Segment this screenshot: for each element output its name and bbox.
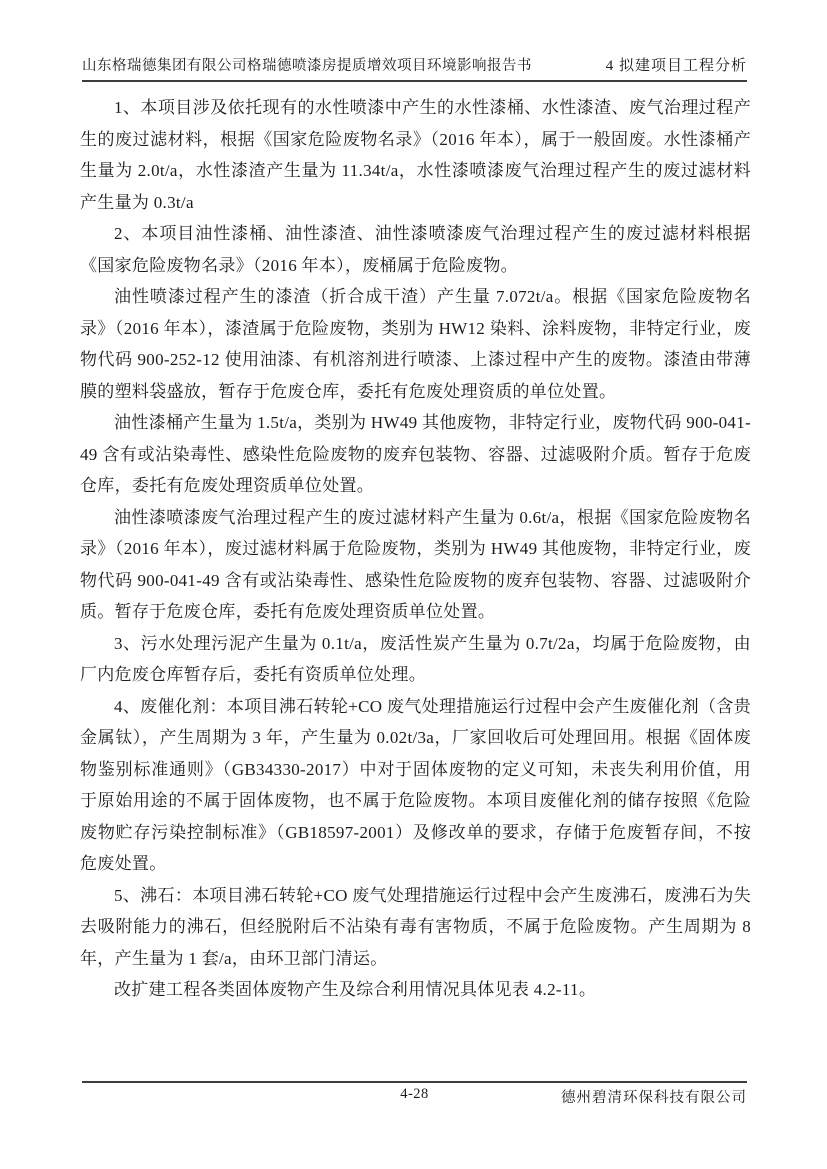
document-body: 1、本项目涉及依托现有的水性喷漆中产生的水性漆桶、水性漆渣、废气治理过程产生的废…	[80, 92, 751, 1006]
paragraph-6: 3、污水处理污泥产生量为 0.1t/a，废活性炭产生量为 0.7t/2a，均属于…	[80, 628, 751, 691]
paragraph-4: 油性漆桶产生量为 1.5t/a，类别为 HW49 其他废物，非特定行业，废物代码…	[80, 407, 751, 502]
header-report-title: 山东格瑞德集团有限公司格瑞德喷漆房提质增效项目环境影响报告书	[82, 54, 532, 75]
document-page: 山东格瑞德集团有限公司格瑞德喷漆房提质增效项目环境影响报告书 4 拟建项目工程分…	[0, 0, 827, 1169]
page-header: 山东格瑞德集团有限公司格瑞德喷漆房提质增效项目环境影响报告书 4 拟建项目工程分…	[82, 54, 747, 82]
paragraph-1: 1、本项目涉及依托现有的水性喷漆中产生的水性漆桶、水性漆渣、废气治理过程产生的废…	[80, 92, 751, 218]
paragraph-5: 油性漆喷漆废气治理过程产生的废过滤材料产生量为 0.6t/a，根据《国家危险废物…	[80, 502, 751, 628]
paragraph-2: 2、本项目油性漆桶、油性漆渣、油性漆喷漆废气治理过程产生的废过滤材料根据《国家危…	[80, 218, 751, 281]
footer-company-name: 德州碧清环保科技有限公司	[561, 1086, 747, 1107]
paragraph-7: 4、废催化剂：本项目沸石转轮+CO 废气处理措施运行过程中会产生废催化剂（含贵金…	[80, 691, 751, 880]
paragraph-9: 改扩建工程各类固体废物产生及综合利用情况具体见表 4.2-11。	[80, 974, 751, 1006]
page-footer: 4-28 德州碧清环保科技有限公司	[82, 1081, 747, 1108]
paragraph-8: 5、沸石：本项目沸石转轮+CO 废气处理措施运行过程中会产生废沸石，废沸石为失去…	[80, 880, 751, 975]
footer-row: 4-28 德州碧清环保科技有限公司	[82, 1086, 747, 1108]
header-chapter-title: 4 拟建项目工程分析	[606, 54, 747, 75]
paragraph-3: 油性喷漆过程产生的漆渣（折合成干渣）产生量 7.072t/a。根据《国家危险废物…	[80, 281, 751, 407]
